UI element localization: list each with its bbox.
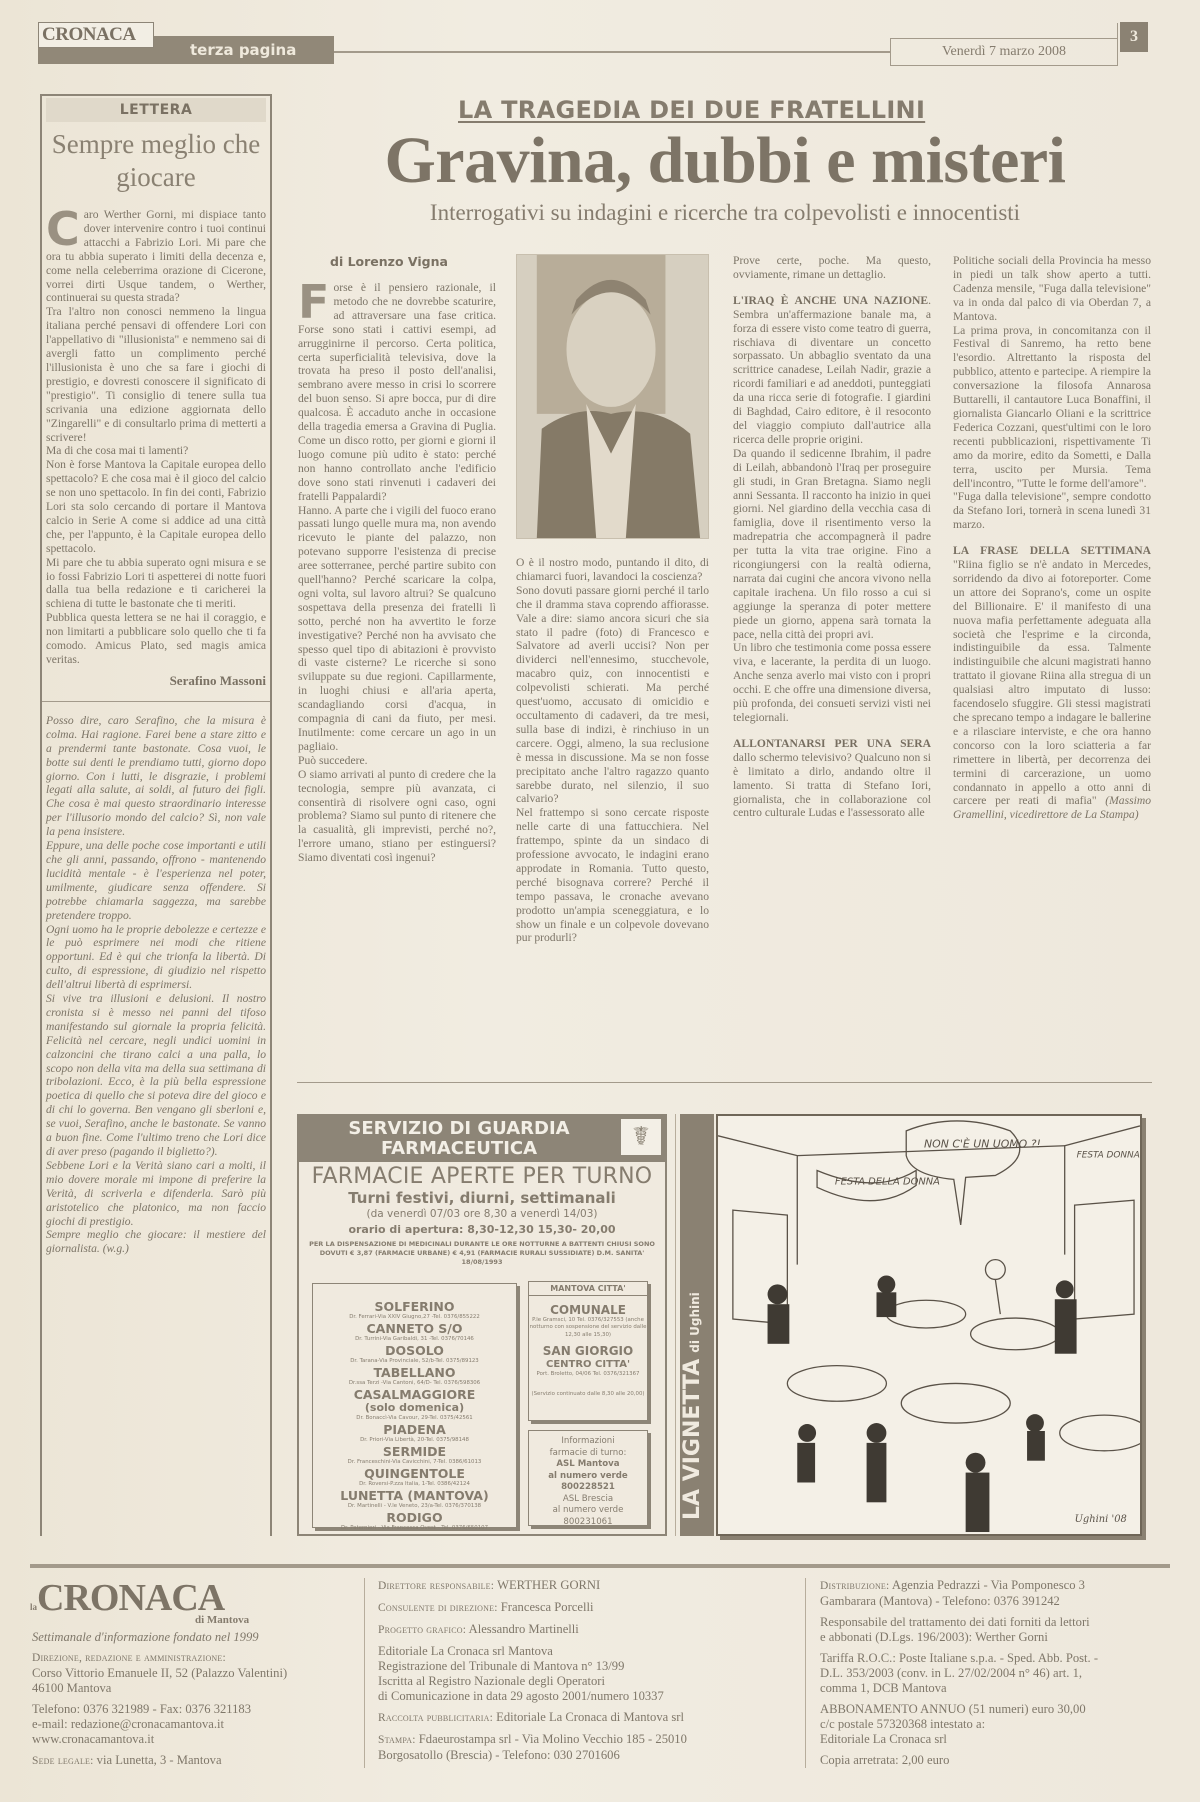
letter-signature: Serafino Massoni [46, 673, 266, 689]
footer-column-credits: Direttore responsabile: WERTHER GORNI Co… [378, 1578, 808, 1769]
section-label: terza pagina [190, 41, 296, 59]
section-heading: ALLONTANARSI PER UNA SERA [733, 737, 931, 750]
article-headline: Gravina, dubbi e misteri [305, 124, 1145, 198]
footer-divider [364, 1578, 365, 1768]
byline: di Lorenzo Vigna [330, 254, 496, 269]
speech-bubble-text: NON C'È UN UOMO ?! [924, 1138, 1041, 1151]
article-paragraph: Un libro che testimonia come possa esser… [733, 641, 931, 724]
footer-tagline: Settimanale d'informazione fondato nel 1… [32, 1630, 362, 1645]
letter-paragraph: Ma di che cosa mai ti lamenti? [46, 444, 266, 458]
reply-paragraph: Ogni uomo ha le proprie debolezze e cert… [46, 923, 266, 993]
article-paragraph: Prove certe, poche. Ma questo, ovviament… [733, 254, 931, 282]
letter-column: LETTERA Sempre meglio che giocare Caro W… [40, 94, 272, 1536]
article-paragraph: Forse è il pensiero razionale, il metodo… [298, 281, 496, 504]
article-subhead: Interrogativi su indagini e ricerche tra… [305, 200, 1145, 226]
letter-paragraph: Pubblica questa lettera se ne hai il cor… [46, 611, 266, 667]
pharmacy-period: (da venerdì 07/03 ore 8,30 a venerdì 14/… [299, 1208, 665, 1220]
pharmacy-entry: (solo domenica)Dr. Bonaccì-Via Cavour, 2… [313, 1401, 516, 1423]
letter-paragraph: Mi pare che tu abbia superato ogni misur… [46, 556, 266, 612]
pharmacy-title: SERVIZIO DI GUARDIA FARMACEUTICA ☤ [299, 1116, 665, 1162]
letter-title: Sempre meglio che giocare [46, 128, 266, 194]
article-column-3: Prove certe, poche. Ma questo, ovviament… [733, 254, 931, 820]
letter-paragraph: Caro Werther Gorni, mi dispiace tanto do… [46, 208, 266, 305]
footer-email-link[interactable]: e-mail: redazione@cronacamantova.it [32, 1717, 362, 1732]
reply-paragraph: Sempre meglio che giocare: il mestiere d… [46, 1228, 266, 1256]
section-heading: LA FRASE DELLA SETTIMANA [953, 544, 1151, 557]
pharmacy-entry: SERMIDEDr. Franceschini-Via Cavicchini, … [313, 1445, 516, 1467]
article-paragraph: La prima prova, in concomitanza con il F… [953, 324, 1151, 491]
hotline-number: 800228521 [561, 1482, 615, 1492]
dropcap: C [46, 210, 80, 248]
pharmacy-list: SOLFERINODr. Ferrari-Via XXIV Giugno,27 … [312, 1283, 517, 1528]
cartoon-drawing: FESTA DELLA DONNA NON C'È UN UOMO ?! FES… [718, 1116, 1140, 1534]
letter-tag: LETTERA [46, 98, 266, 122]
pharmacy-entry: CANNETO S/ODr. Turrini-Via Garibaldi, 31… [313, 1322, 516, 1344]
article-paragraph: Può succedere. [298, 754, 496, 768]
article-paragraph: Sono dovuti passare giorni perché il tar… [516, 584, 709, 807]
reply-paragraph: Posso dire, caro Serafino, che la misura… [46, 714, 266, 839]
pharmacy-entry: RODIGODr. Paternieri - Via Francesca Ove… [313, 1511, 516, 1533]
newspaper-page: CRONACA terza pagina Venerdì 7 marzo 200… [0, 0, 1200, 1802]
info-hotline-box: Informazioni farmacie di turno: ASL Mant… [528, 1430, 648, 1526]
pharmacy-heading: FARMACIE APERTE PER TURNO [299, 1164, 665, 1189]
article-paragraph: O siamo arrivati al punto di credere che… [298, 768, 496, 865]
hotline-number: 800231061 [529, 1517, 647, 1529]
footer-divider [805, 1578, 806, 1768]
pharmacy-subheading: Turni festivi, diurni, settimanali [299, 1189, 665, 1207]
cartoon-signature: Ughini '08 [1075, 1514, 1127, 1525]
article-paragraph: Nel frattempo si sono cercate risposte n… [516, 806, 709, 945]
ad-divider [675, 1114, 676, 1536]
dropcap: F [298, 283, 329, 321]
article-column-1: di Lorenzo Vigna Forse è il pensiero raz… [298, 254, 496, 865]
masthead-logo-text: CRONACA [42, 24, 136, 46]
article-kicker: LA TRAGEDIA DEI DUE FRATELLINI [458, 96, 925, 124]
article-bottom-rule [297, 1082, 1152, 1083]
footer-column-contacts: Settimanale d'informazione fondato nel 1… [32, 1630, 362, 1775]
reply-paragraph: Eppure, una delle poche cose importanti … [46, 839, 266, 922]
pharmacy-entry: DOSOLODr. Tarana-Via Provinciale, 52/b-T… [313, 1344, 516, 1366]
footer-logo: laCRONACA di Mantova [30, 1576, 224, 1620]
pharmacy-entry: CASALMAGGIORE [313, 1388, 516, 1401]
mantova-city-box: MANTOVA CITTA' COMUNALE P.le Gramsci, 10… [528, 1281, 648, 1421]
pharmacy-note: PER LA DISPENSAZIONE DI MEDICINALI DURAN… [299, 1240, 665, 1267]
editor-reply: Posso dire, caro Serafino, che la misura… [46, 714, 266, 1256]
cartoon-label: LA VIGNETTA di Ughini [680, 1120, 710, 1520]
article-paragraph: "Fuga dalla televisione", sempre condott… [953, 490, 1151, 532]
article-paragraph: Da quando il sedicenne Ibrahim, il padre… [733, 447, 931, 642]
article-paragraph: O è il nostro modo, puntando il dito, di… [516, 556, 709, 584]
page-number: 3 [1120, 22, 1148, 52]
letter-paragraph: Non è forse Mantova la Capitale europea … [46, 458, 266, 555]
article-paragraph: Hanno. A parte che i vigili del fuoco er… [298, 504, 496, 754]
letter-paragraph: Tra l'altro non conosci nemmeno la lingu… [46, 305, 266, 444]
portrait-image [517, 255, 708, 538]
cartoon-illustration: FESTA DELLA DONNA NON C'È UN UOMO ?! FES… [716, 1114, 1142, 1536]
banner-right: FESTA DONNA [1077, 1151, 1140, 1161]
cartoon-author: di Ughini [688, 1292, 702, 1353]
masthead-logo: CRONACA [38, 22, 154, 48]
quote-of-week: LA FRASE DELLA SETTIMANA "Riina figlio s… [953, 544, 1151, 822]
pharmacy-hours: orario di apertura: 8,30-12,30 15,30- 20… [299, 1223, 665, 1236]
pharmacy-entry: TABELLANODr.ssa Terzi -Via Cantoni, 64/D… [313, 1366, 516, 1388]
pharmacy-entry: PIADENADr. Priori-Via Libertà, 20-Tel. 0… [313, 1423, 516, 1445]
article-column-4: Politiche sociali della Provincia ha mes… [953, 254, 1151, 822]
banner-left: FESTA DELLA DONNA [835, 1176, 940, 1187]
pharmacy-entry: LUNETTA (MANTOVA)Dr. Martinelli - V.le V… [313, 1489, 516, 1511]
letter-body: Caro Werther Gorni, mi dispiace tanto do… [46, 208, 266, 667]
article-paragraph: ALLONTANARSI PER UNA SERA dallo schermo … [733, 737, 931, 820]
footer-phone: Telefono: 0376 321989 - Fax: 0376 321183 [32, 1702, 362, 1717]
pharmacy-entry: SOLFERINODr. Ferrari-Via XXIV Giugno,27 … [313, 1300, 516, 1322]
footer-rule [30, 1564, 1170, 1568]
pharmacy-ad: SERVIZIO DI GUARDIA FARMACEUTICA ☤ FARMA… [297, 1114, 667, 1536]
article-column-2: O è il nostro modo, puntando il dito, di… [516, 556, 709, 945]
header-rule [334, 51, 890, 53]
issue-date: Venerdì 7 marzo 2008 [942, 44, 1066, 60]
article-paragraph: Politiche sociali della Provincia ha mes… [953, 254, 1151, 324]
footer-column-distribution: Distribuzione: Agenzia Pedrazzi - Via Po… [820, 1578, 1190, 1774]
reply-paragraph: Si vive tra illusioni e delusioni. Il no… [46, 992, 266, 1159]
article-photo [516, 254, 709, 539]
pharmacy-entry: QUINGENTOLEDr. Roversi-P.zza Italia, 1-T… [313, 1467, 516, 1489]
letter-divider [42, 701, 270, 702]
issue-date-box: Venerdì 7 marzo 2008 [890, 38, 1118, 66]
footer-website-link[interactable]: www.cronacamantova.it [32, 1732, 362, 1747]
section-heading: L'IRAQ È ANCHE UNA NAZIONE [733, 294, 928, 307]
article-paragraph: L'IRAQ È ANCHE UNA NAZIONE. Sembra un'af… [733, 294, 931, 447]
caduceus-icon: ☤ [621, 1119, 661, 1155]
reply-paragraph: Sebbene Lori e la Verità siano cari a mo… [46, 1159, 266, 1229]
